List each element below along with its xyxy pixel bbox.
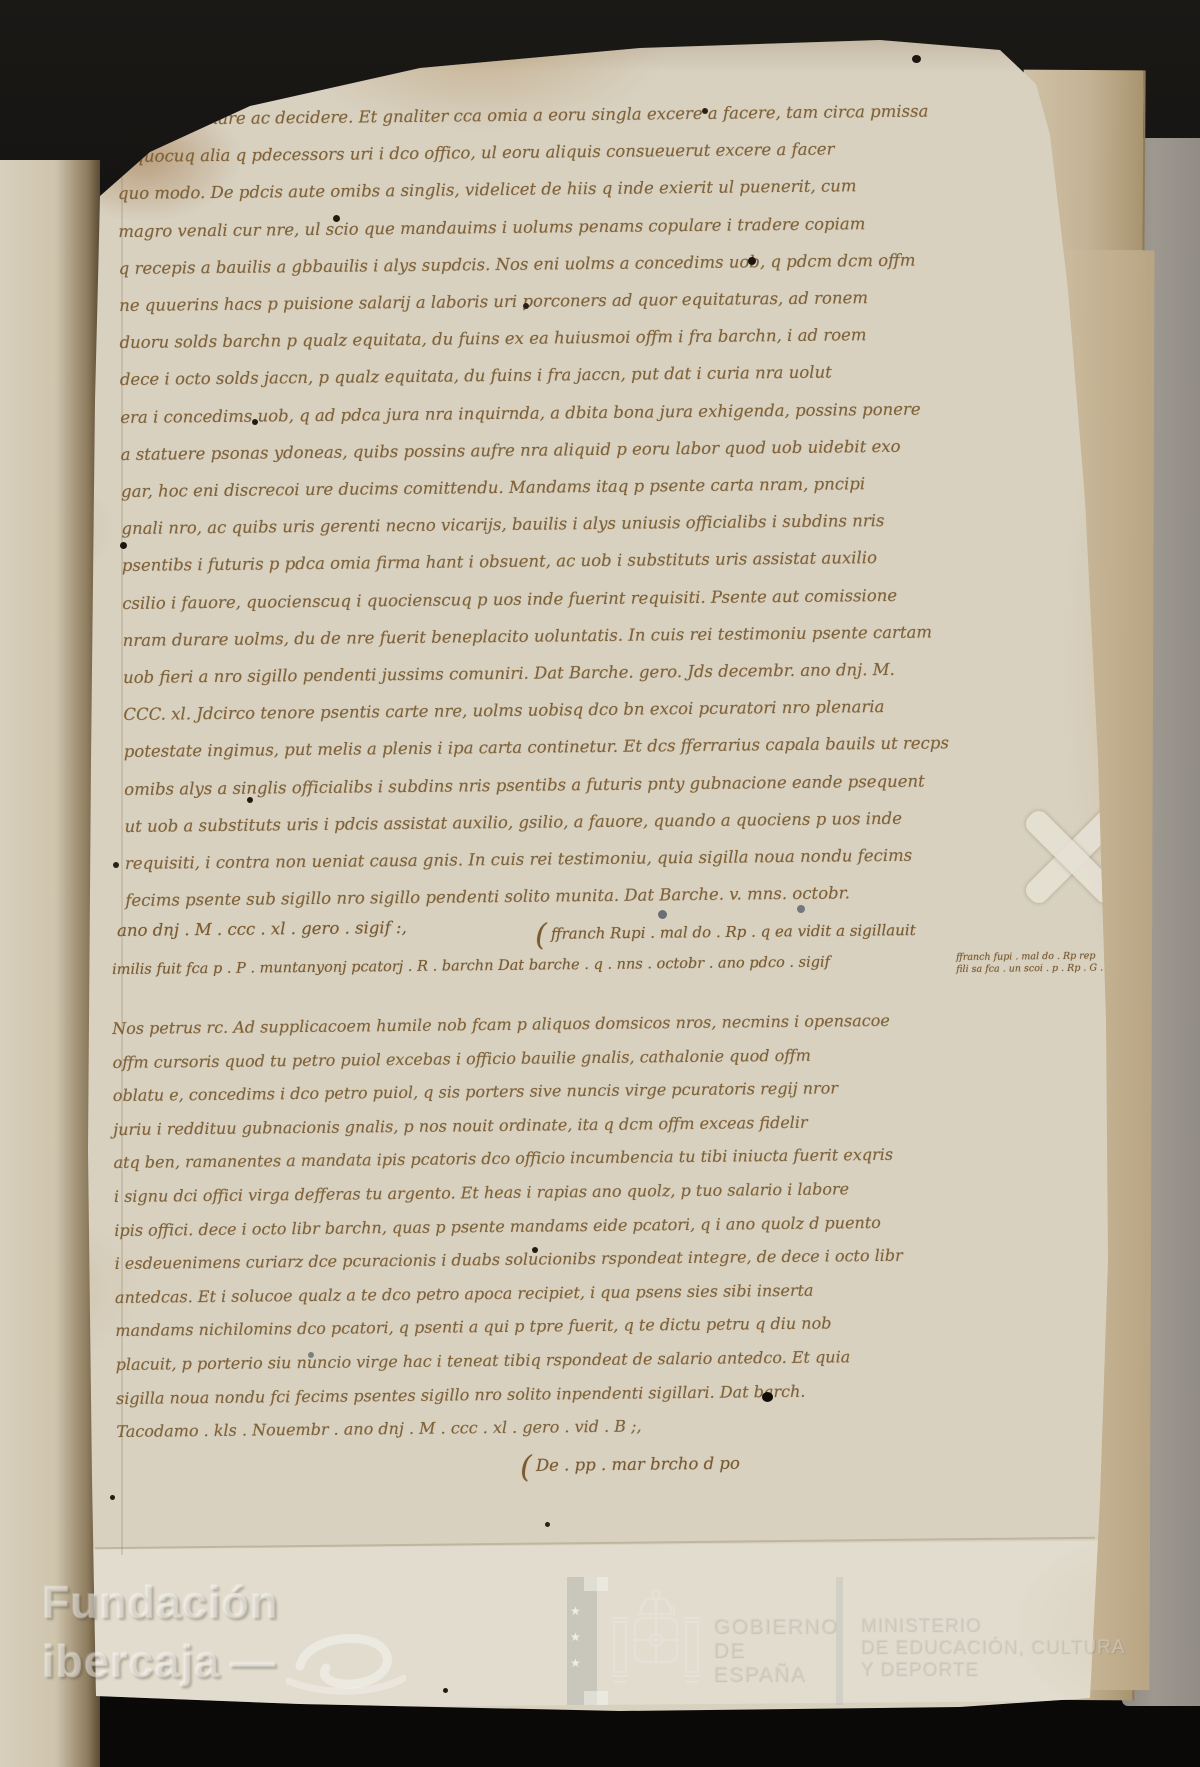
- text-block-entry2: Nos petrus rc. Ad supplicacoem humile no…: [112, 1002, 1047, 1448]
- ministry-line1: MINISTERIO: [860, 1615, 1126, 1637]
- ink-spot: [912, 55, 921, 63]
- ink-spot: [113, 862, 119, 868]
- dating-line: ano dnj . M . ccc . xl . gero . sigif :,: [117, 918, 407, 940]
- manuscript-page: lxxvj ea determinare ac decidere. Et gna…: [0, 0, 1200, 1767]
- ink-spot: [333, 215, 340, 222]
- ink-spot: [443, 1688, 448, 1693]
- margin-note: ffranch fupi . mal do . Rp rep fili sa f…: [956, 950, 1120, 976]
- ink-spot: [120, 542, 127, 549]
- ink-spot: [748, 257, 756, 265]
- text-block-entry1: ea determinare ac decidere. Et gnaliter …: [117, 91, 1046, 919]
- subscription-text: ffranch Rupi . mal do . Rp . q ea vidit …: [551, 921, 916, 943]
- star-icon: ★: [570, 1630, 581, 1644]
- closing-chancery-note: (De . pp . mar brcho d po: [520, 1448, 740, 1485]
- closing-text: De . pp . mar brcho d po: [536, 1454, 740, 1475]
- margin-note-line: fili sa fca . un scoi . p . Rp . G . G .: [956, 962, 1120, 976]
- ibercaja-text: ibercaja: [42, 1639, 220, 1685]
- ink-spot: [247, 797, 253, 803]
- ink-spot: [762, 1392, 773, 1402]
- ibercaja-watermark: Fundación ibercaja —: [42, 1580, 406, 1698]
- ink-spot: [532, 1247, 538, 1253]
- bracket-mark: [584, 1691, 608, 1705]
- star-icon: ★: [570, 1604, 581, 1618]
- ministry-label: MINISTERIO DE EDUCACIÓN, CULTURA Y DEPOR…: [860, 1615, 1126, 1681]
- gobierno-label: GOBIERNO DE ESPAÑA: [713, 1615, 838, 1687]
- ink-spot: [797, 905, 805, 913]
- spain-coat-of-arms-icon: [608, 1586, 704, 1698]
- paren-flourish: (: [535, 918, 547, 953]
- ink-spot: [658, 910, 667, 919]
- ink-spot: [252, 419, 258, 425]
- ibercaja-dash: —: [230, 1639, 276, 1685]
- ibercaja-logo-swoosh: [286, 1626, 406, 1698]
- ink-spot: [545, 1522, 550, 1527]
- ink-spot: [523, 303, 529, 309]
- fundacion-text: Fundación: [42, 1580, 406, 1626]
- folio-number: lxxvj: [888, 7, 939, 43]
- ministry-line3: Y DEPORTE: [860, 1659, 1126, 1681]
- star-icon: ★: [570, 1656, 581, 1670]
- archival-photo: lxxvj ea determinare ac decidere. Et gna…: [0, 0, 1200, 1767]
- ministry-line2: DE EDUCACIÓN, CULTURA: [860, 1637, 1126, 1659]
- ink-spot: [110, 1495, 115, 1500]
- chancery-subscription: (ffranch Rupi . mal do . Rp . q ea vidit…: [535, 914, 916, 953]
- gobierno-line2: DE ESPAÑA: [713, 1639, 838, 1687]
- watermark-divider: [836, 1577, 843, 1705]
- gobierno-line1: GOBIERNO: [713, 1615, 838, 1639]
- similis-note: imilis fuit fca p . P . muntanyonj pcato…: [112, 954, 830, 978]
- paren-flourish: (: [520, 1450, 532, 1485]
- previous-folio-edge: [0, 160, 100, 1767]
- bracket-mark: [584, 1577, 608, 1591]
- ink-spot: [308, 1352, 314, 1358]
- ink-spot: [702, 108, 708, 114]
